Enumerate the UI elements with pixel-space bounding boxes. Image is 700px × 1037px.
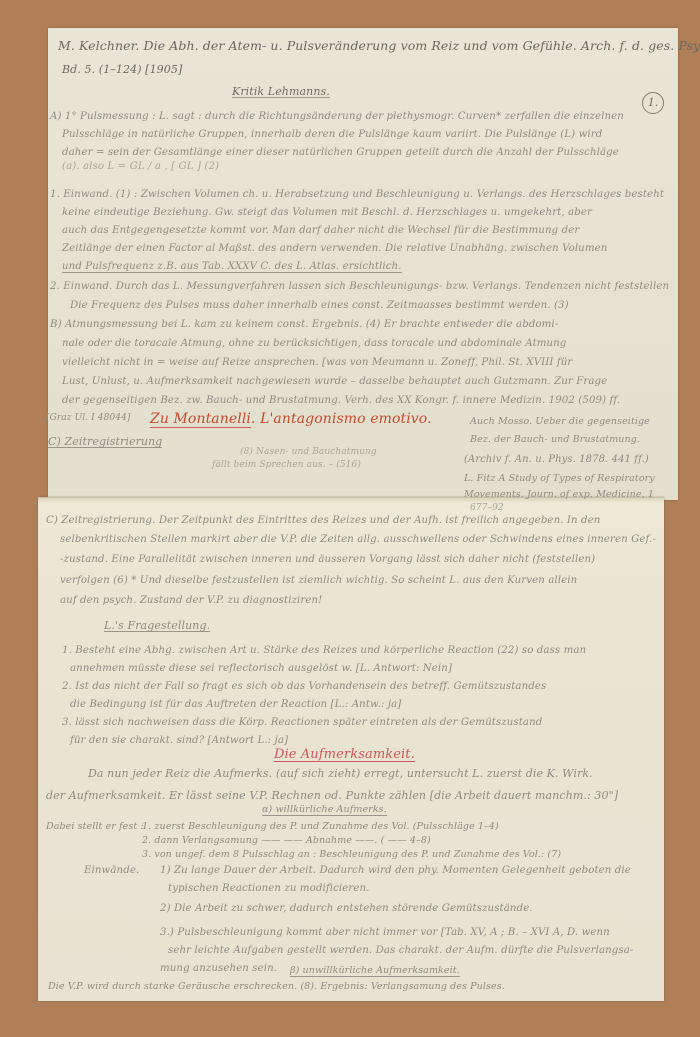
result-line: 1. zuerst Beschleunigung des P. und Zuna… xyxy=(142,822,499,832)
text-line: C) Zeitregistrierung. Der Zeitpunkt des … xyxy=(46,516,600,526)
question-line: 1. Besteht eine Abhg. zwischen Art u. St… xyxy=(62,646,586,656)
text-line: 1. Einwand. (1) : Zwischen Volumen ch. u… xyxy=(50,190,664,200)
question-line: die Bedingung ist für das Auftreten der … xyxy=(70,700,401,710)
result-line: 2. dann Verlangsamung —— —— Abnahme ——. … xyxy=(142,836,431,846)
text-line: nale oder die toracale Atmung, ohne zu b… xyxy=(62,339,566,349)
objection-line: 3.) Pulsbeschleunigung kommt aber nicht … xyxy=(160,928,610,938)
right-note-line: (Archiv f. An. u. Phys. 1878. 441 ff.) xyxy=(464,455,649,465)
text-line: 2. Einwand. Durch das L. Messungverfahre… xyxy=(50,282,669,292)
center-footnote-line-2: fällt beim Sprechen aus. – (516) xyxy=(212,461,361,470)
question-line: 2. Ist das nicht der Fall so fragt es si… xyxy=(62,682,546,692)
right-note-line: Bez. der Bauch- und Brustatmung. xyxy=(470,435,640,445)
text-line: und Pulsfrequenz z.B. aus Tab. XXXV C. d… xyxy=(62,262,402,273)
objection-line: sehr leichte Aufgaben gestellt werden. D… xyxy=(168,946,633,956)
attention-line: Da nun jeder Reiz die Aufmerks. (auf sic… xyxy=(88,768,593,779)
header-citation-line-1: M. Kelchner. Die Abh. der Atem- u. Pulsv… xyxy=(58,40,700,53)
objection-line: 1) Zu lange Dauer der Arbeit. Dadurch wi… xyxy=(160,866,631,876)
objection-line: 2) Die Arbeit zu schwer, dadurch entsteh… xyxy=(160,904,533,914)
attention-line: der Aufmerksamkeit. Er lässt seine V.P. … xyxy=(46,790,618,801)
question-line: für den sie charakt. sind? [Antwort L.: … xyxy=(70,736,288,746)
section-title-fragestellung: L.'s Fragestellung. xyxy=(104,620,210,632)
header-citation-line-2: Bd. 5. (1–124) [1905] xyxy=(62,64,182,75)
center-footnote-line-1: (8) Nasen- und Bauchatmung xyxy=(240,448,377,457)
text-line: Lust, Unlust, u. Aufmerksamkeit nachgewi… xyxy=(62,377,607,387)
result-line: 3. von ungef. dem 8 Pulsschlag an : Besc… xyxy=(142,850,561,860)
text-line: B) Atmungsmessung bei L. kam zu keinem c… xyxy=(50,320,558,330)
results-label: Dabei stellt er fest : xyxy=(46,822,144,832)
page-number-circle: 1. xyxy=(642,92,664,114)
red-annotation-montanelli: Zu Montanelli xyxy=(150,411,251,428)
text-line: daher = sein der Gesamtlänge einer diese… xyxy=(62,148,619,158)
objection-line: typischen Reactionen zu modificieren. xyxy=(168,884,369,894)
text-line: selbenkritischen Stellen markirt aber di… xyxy=(60,535,656,545)
text-line: auf den psych. Zustand der V.P. zu diagn… xyxy=(60,596,322,606)
subheading-willkuerliche: α) willkürliche Aufmerks. xyxy=(262,805,387,816)
red-annotation: Zu Montanelli. L'antagonismo emotivo. xyxy=(150,412,432,426)
right-note-line: 677–92 xyxy=(470,504,504,513)
header-subtitle: Kritik Lehmanns. xyxy=(232,86,330,98)
right-note-line: Movements. Journ. of exp. Medicine, 1 xyxy=(464,490,654,500)
red-annotation-antagonismo: . L'antagonismo emotivo. xyxy=(251,411,432,427)
archive-reference-note: [Graz Ul. I 48044] xyxy=(46,414,131,423)
objection-line: mung anzusehen sein. xyxy=(160,964,277,974)
right-note-line: Auch Mosso. Ueber die gegenseitige xyxy=(470,417,650,427)
text-line: Die Frequenz des Pulses muss daher inner… xyxy=(70,301,569,311)
text-line-formula: (a). also L = GL / a , [ GL ] (2) xyxy=(62,162,219,172)
text-line: vielleicht nicht in = weise auf Reize an… xyxy=(62,358,572,368)
final-line: Die V.P. wird durch starke Geräusche ers… xyxy=(48,982,505,992)
text-line: -zustand. Eine Parallelität zwischen inn… xyxy=(60,555,595,565)
section-c-label: C) Zeitregistrierung xyxy=(48,436,162,448)
red-heading-aufmerksamkeit: Die Aufmerksamkeit. xyxy=(274,748,415,762)
right-note-line: L. Fitz A Study of Types of Respiratory xyxy=(464,474,655,484)
text-line: A) 1° Pulsmessung : L. sagt : durch die … xyxy=(50,112,624,122)
text-line: Zeitlänge der einen Factor al Maßst. des… xyxy=(62,244,607,254)
subheading-unwillkuerliche: β) unwillkürliche Aufmerksamkeit. xyxy=(290,966,460,977)
text-line: verfolgen (6) * Und dieselbe festzustell… xyxy=(60,576,577,586)
text-line: der gegenseitigen Bez. zw. Bauch- und Br… xyxy=(62,396,620,406)
text-line: auch das Entgegengesetzte kommt vor. Man… xyxy=(62,226,579,236)
text-line: keine eindeutige Beziehung. Gw. steigt d… xyxy=(62,208,592,218)
objections-label: Einwände. xyxy=(84,866,139,876)
question-line: 3. lässt sich nachweisen dass die Körp. … xyxy=(62,718,542,728)
question-line: annehmen müsste diese sei reflectorisch … xyxy=(70,664,452,674)
text-line: Pulsschläge in natürliche Gruppen, inner… xyxy=(62,130,602,140)
